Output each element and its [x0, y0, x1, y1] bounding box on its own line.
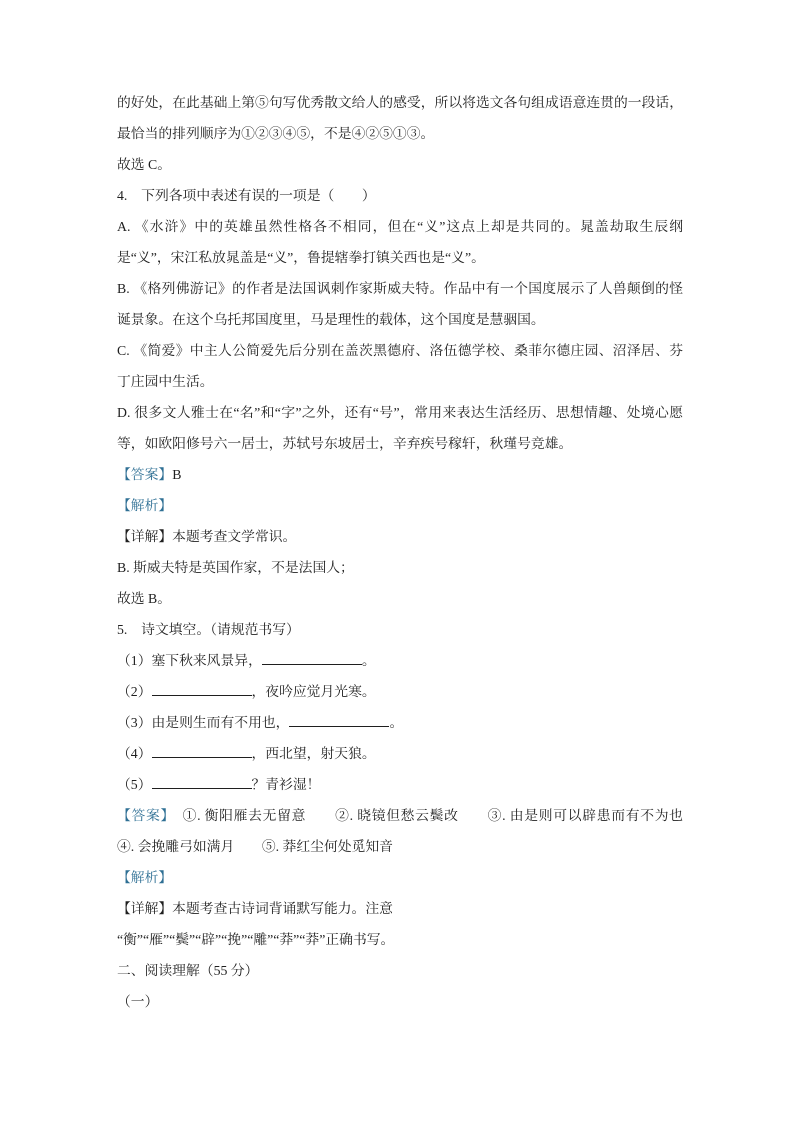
q5-analysis-line: 【解析】 [117, 862, 683, 893]
q4-conclusion: 故选 B。 [117, 583, 683, 614]
q5-blank-item-5: （5）？青衫湿！ [117, 769, 683, 800]
blank-underline [152, 745, 252, 758]
q5-blank-item-3: （3）由是则生而有不用也，。 [117, 707, 683, 738]
analysis-tail-paragraph: 的好处，在此基础上第⑤句写优秀散文给人的感受，所以将选文各句组成语意连贯的一段话… [117, 87, 683, 149]
blank-underline [289, 714, 389, 727]
blank-prefix: （4） [117, 746, 152, 761]
answer-label: 【答案】 [117, 467, 172, 482]
q5-stem: 5. 诗文填空。（请规范书写） [117, 614, 683, 645]
q3-conclusion: 故选 C。 [117, 149, 683, 180]
q4-answer-line: 【答案】B [117, 459, 683, 490]
analysis-label: 【解析】 [117, 870, 172, 885]
q5-blank-item-2: （2），夜吟应觉月光寒。 [117, 676, 683, 707]
blank-suffix: ，夜吟应觉月光寒。 [252, 684, 376, 699]
q4-answer-value: B [172, 467, 181, 482]
blank-suffix: 。 [389, 715, 403, 730]
q5-blank-item-4: （4），西北望，射天狼。 [117, 738, 683, 769]
q4-option-b: B. 《格列佛游记》的作者是法国讽刺作家斯威夫特。作品中有一个国度展示了人兽颠倒… [117, 273, 683, 335]
blank-prefix: （1）塞下秋来风景异， [117, 653, 262, 668]
blank-underline [152, 683, 252, 696]
analysis-label: 【解析】 [117, 498, 172, 513]
blank-underline [152, 776, 252, 789]
q5-blank-item-1: （1）塞下秋来风景异，。 [117, 645, 683, 676]
blank-suffix: 。 [362, 653, 376, 668]
q4-detail-line-b: B. 斯威夫特是英国作家，不是法国人； [117, 552, 683, 583]
blank-prefix: （3）由是则生而有不用也， [117, 715, 289, 730]
section-heading: 二、阅读理解（55 分） [117, 955, 683, 986]
q4-option-a: A. 《水浒》中的英雄虽然性格各不相同，但在“义”这点上却是共同的。晁盖劫取生辰… [117, 211, 683, 273]
blank-underline [262, 652, 362, 665]
exam-document-page: 的好处，在此基础上第⑤句写优秀散文给人的感受，所以将选文各句组成语意连贯的一段话… [0, 0, 793, 1122]
q4-option-c: C. 《简爱》中主人公简爱先后分别在盖茨黑德府、洛伍德学校、桑菲尔德庄园、沼泽居… [117, 335, 683, 397]
q5-answer-line: 【答案】 ①. 衡阳雁去无留意 ②. 晓镜但愁云鬓改 ③. 由是则可以辟患而有不… [117, 800, 683, 862]
blank-suffix: ，西北望，射天狼。 [252, 746, 376, 761]
blank-prefix: （2） [117, 684, 152, 699]
q4-stem: 4. 下列各项中表述有误的一项是（ ） [117, 180, 683, 211]
q4-analysis-line: 【解析】 [117, 490, 683, 521]
q5-detail-line-1: 【详解】本题考查古诗词背诵默写能力。注意 [117, 893, 683, 924]
q4-option-d: D. 很多文人雅士在“名”和“字”之外，还有“号”，常用来表达生活经历、思想情趣… [117, 397, 683, 459]
blank-suffix: ？青衫湿！ [252, 777, 321, 792]
subsection-label: （一） [117, 986, 683, 1017]
q5-answer-value: ①. 衡阳雁去无留意 ②. 晓镜但愁云鬓改 ③. 由是则可以辟患而有不为也 ④.… [117, 808, 711, 854]
blank-prefix: （5） [117, 777, 152, 792]
q5-detail-line-2: “衡”“雁”“鬓”“辟”“挽”“雕”“莽”“莽”正确书写。 [117, 924, 683, 955]
answer-label: 【答案】 [117, 808, 168, 823]
q4-detail-line: 【详解】本题考查文学常识。 [117, 521, 683, 552]
